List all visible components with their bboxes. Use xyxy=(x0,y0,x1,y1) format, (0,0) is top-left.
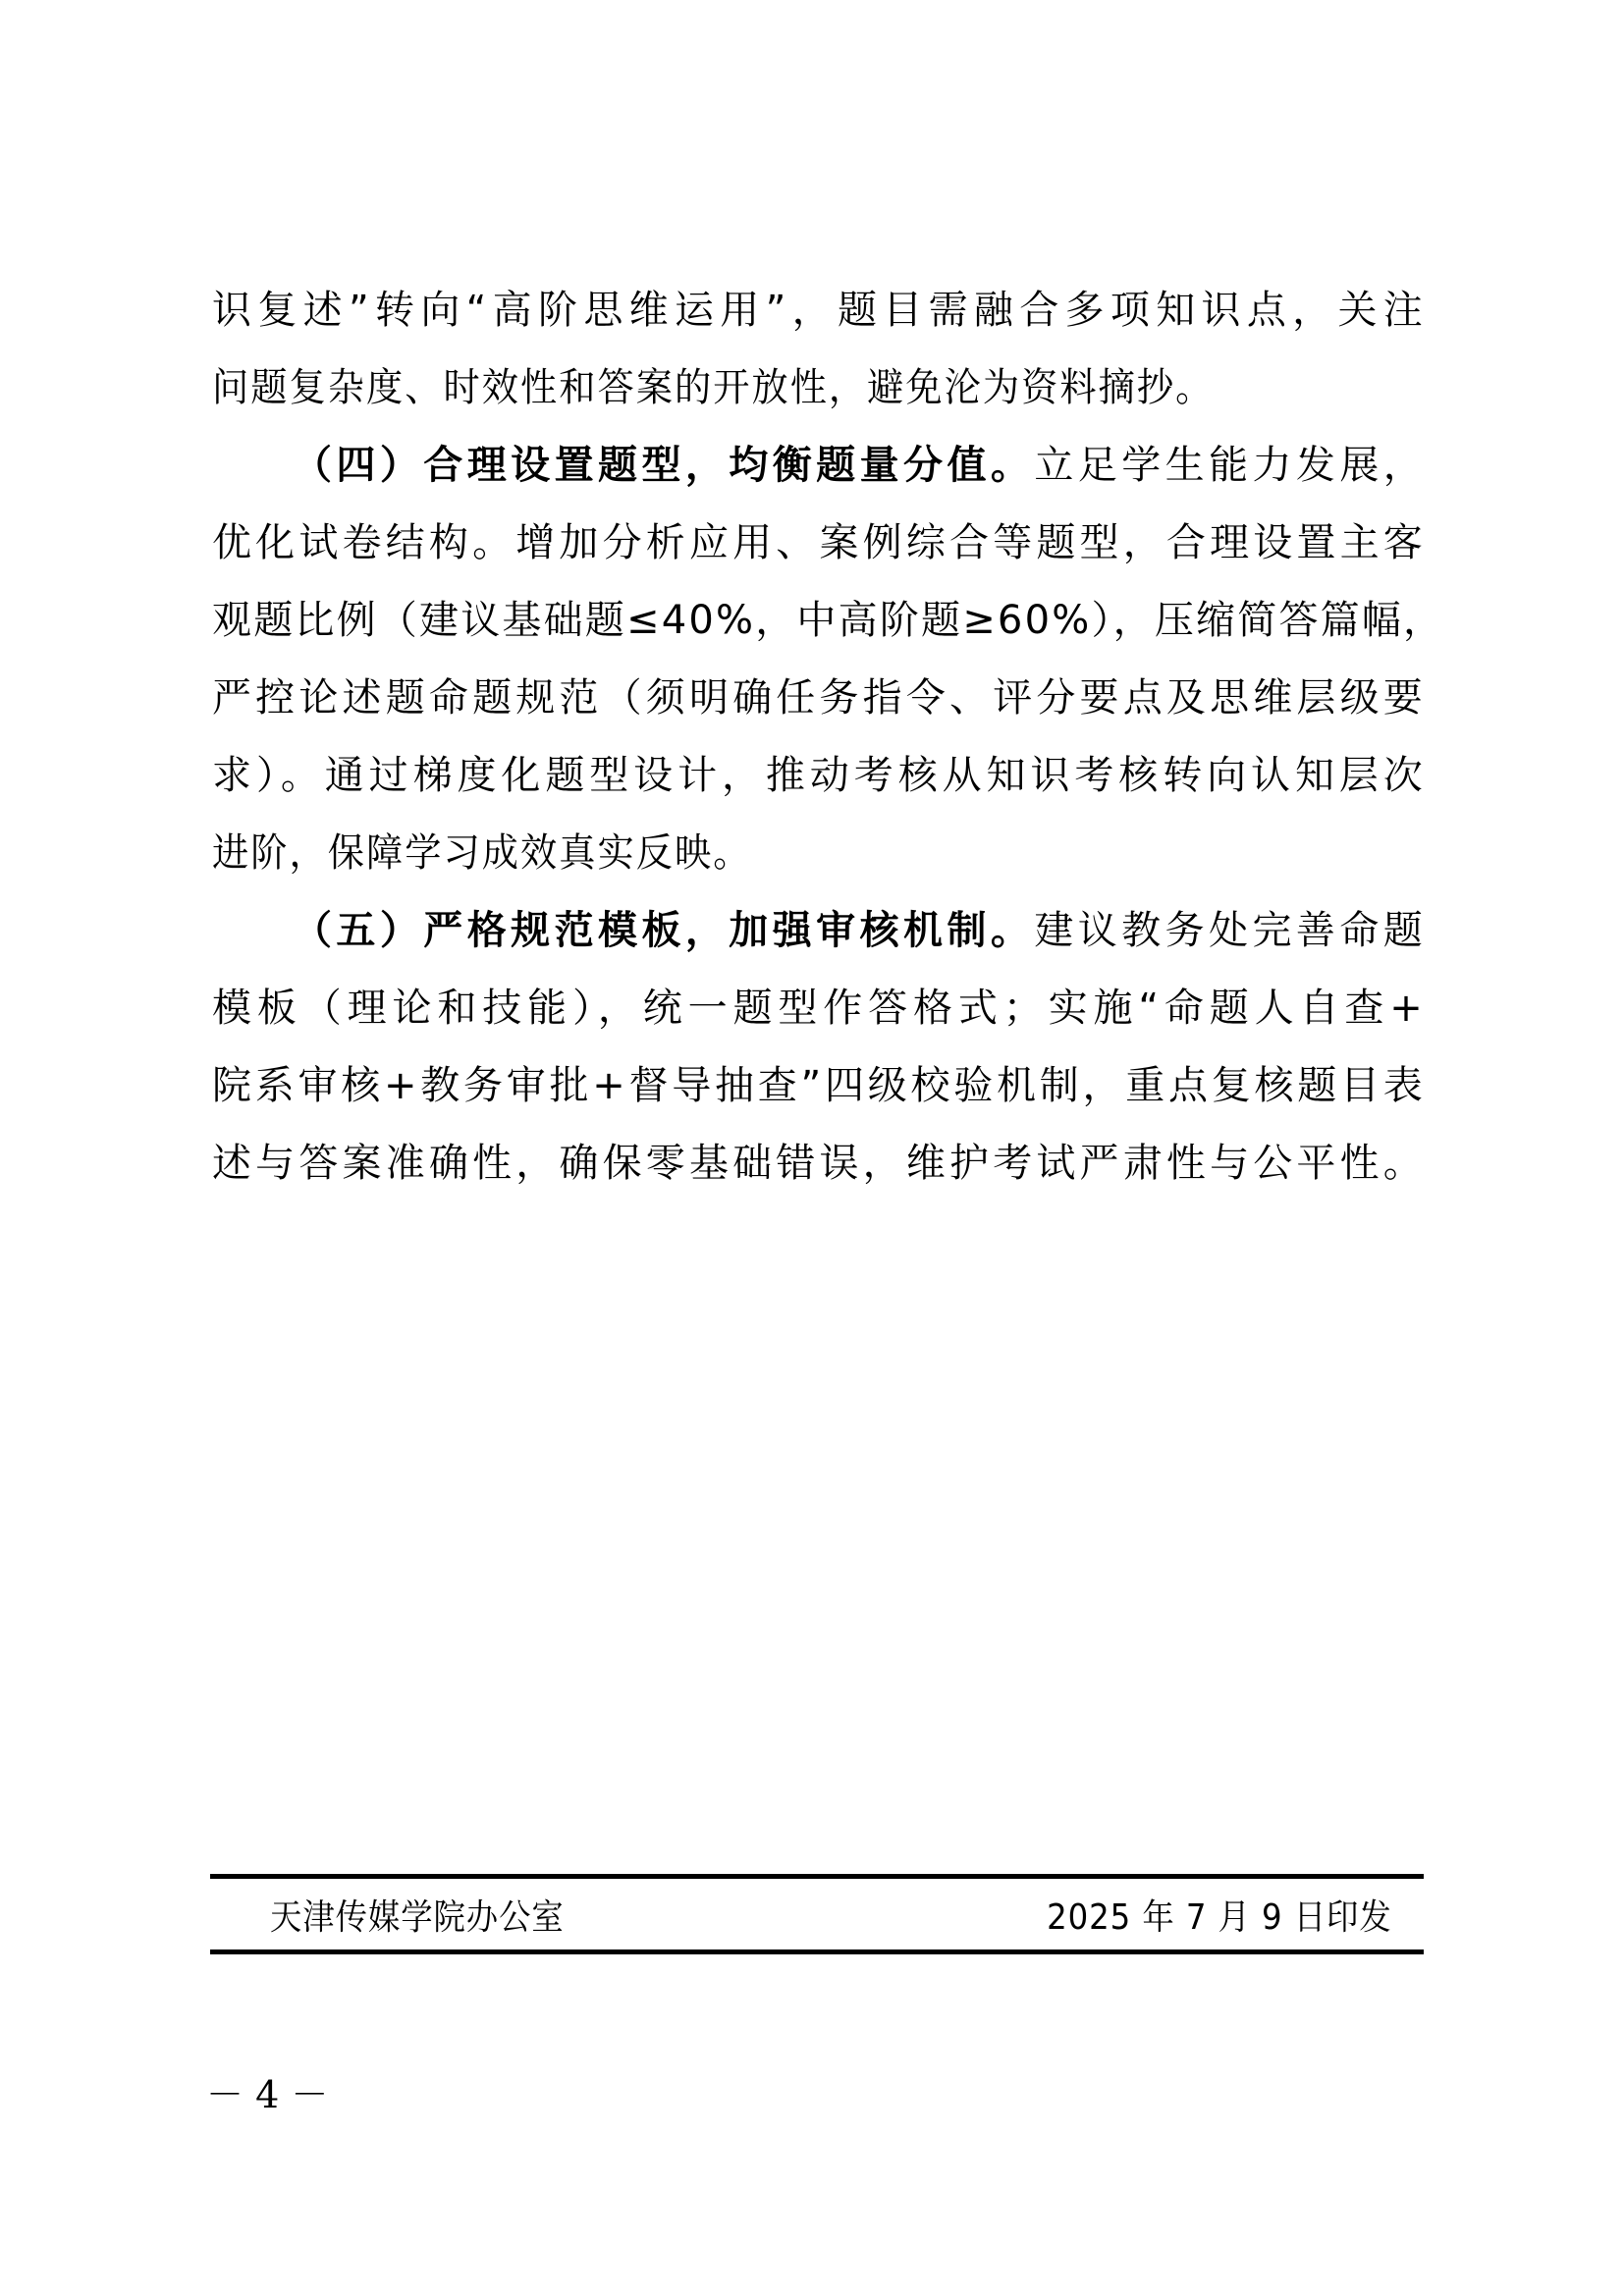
body-line: 严控论述题命题规范（须明确任务指令、评分要点及思维层级要 xyxy=(212,678,1425,718)
body-line: 问题复杂度、时效性和答案的开放性，避免沦为资料摘抄。 xyxy=(212,368,1340,407)
section-5-heading: （五）严格规范模板，加强审核机制。 xyxy=(293,908,1034,953)
body-line: 院系审核+教务审批+督导抽查”四级校验机制，重点复核题目表 xyxy=(212,1066,1425,1105)
footer-top-rule xyxy=(210,1874,1424,1879)
section-4-first-line: （四）合理设置题型，均衡题量分值。立足学生能力发展， xyxy=(212,446,1425,485)
footer-bottom-rule xyxy=(210,1949,1424,1954)
page-number: － 4 － xyxy=(206,2073,328,2116)
footer-issuer: 天津传媒学院办公室 xyxy=(270,1896,565,1940)
body-line: 模板（理论和技能），统一题型作答格式；实施“命题人自查+ xyxy=(212,988,1425,1028)
footer-issue-date: 2025 年 7 月 9 日印发 xyxy=(1047,1896,1392,1940)
body-line: 优化试卷结构。增加分析应用、案例综合等题型，合理设置主客 xyxy=(212,523,1425,562)
body-line: 观题比例（建议基础题≤40%，中高阶题≥60%），压缩简答篇幅， xyxy=(212,601,1425,640)
section-5-first-line: （五）严格规范模板，加强审核机制。建议教务处完善命题 xyxy=(212,911,1425,950)
section-5-text: 建议教务处完善命题 xyxy=(1034,908,1425,953)
body-line: 进阶，保障学习成效真实反映。 xyxy=(212,833,1340,873)
body-line: 求）。通过梯度化题型设计，推动考核从知识考核转向认知层次 xyxy=(212,756,1425,795)
document-body: 识复述”转向“高阶思维运用”，题目需融合多项知识点，关注 问题复杂度、时效性和答… xyxy=(212,291,1425,1221)
body-line: 识复述”转向“高阶思维运用”，题目需融合多项知识点，关注 xyxy=(212,291,1425,330)
document-page: 识复述”转向“高阶思维运用”，题目需融合多项知识点，关注 问题复杂度、时效性和答… xyxy=(0,0,1624,2296)
body-line: 述与答案准确性，确保零基础错误，维护考试严肃性与公平性。 xyxy=(212,1144,1425,1183)
section-4-heading: （四）合理设置题型，均衡题量分值。 xyxy=(293,443,1034,488)
section-4-text: 立足学生能力发展， xyxy=(1034,443,1425,488)
